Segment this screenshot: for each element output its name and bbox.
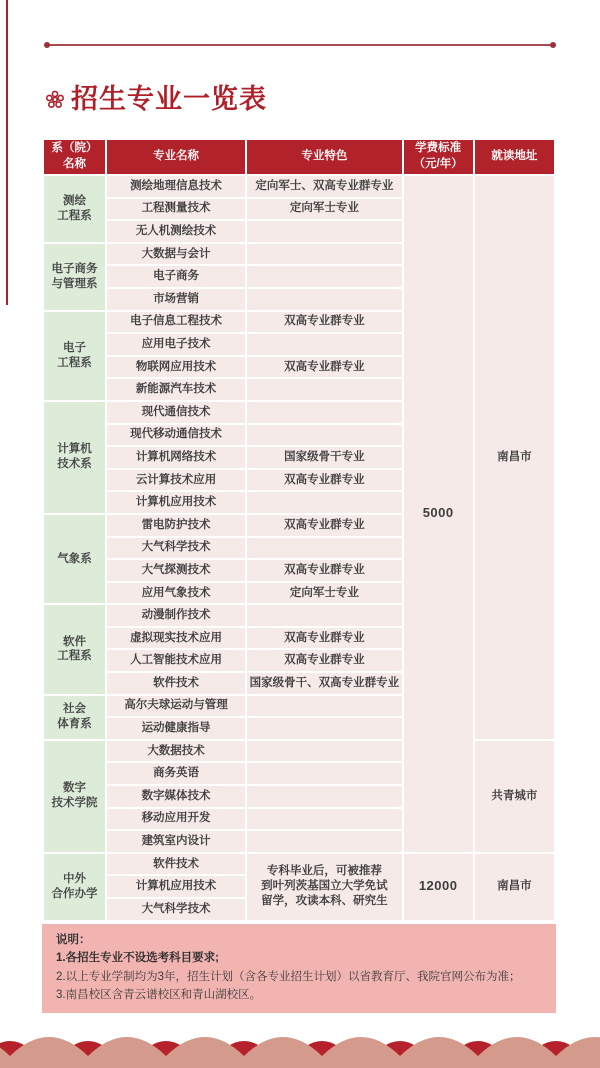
- department-cell: 气象系: [44, 515, 105, 603]
- major-cell: 大气科学技术: [107, 899, 245, 920]
- table-row: 中外 合作办学软件技术专科毕业后，可被推荐 到叶列茨基国立大学免试 留学，攻读本…: [44, 854, 554, 875]
- feature-cell: [247, 334, 401, 355]
- feature-cell: [247, 221, 401, 242]
- major-cell: 建筑室内设计: [107, 831, 245, 852]
- page-title: 招生专业一览表: [71, 86, 267, 113]
- major-cell: 应用电子技术: [107, 334, 245, 355]
- feature-cell: 双高专业群专业: [247, 628, 401, 649]
- major-cell: 无人机测绘技术: [107, 221, 245, 242]
- table-header-row: 系（院） 名称专业名称专业特色学费标准 （元/年）就读地址: [44, 140, 554, 174]
- major-cell: 物联网应用技术: [107, 357, 245, 378]
- major-cell: 虚拟现实技术应用: [107, 628, 245, 649]
- column-header-4: 就读地址: [475, 140, 554, 174]
- tuition-cell: 5000: [404, 176, 473, 852]
- major-cell: 大数据与会计: [107, 244, 245, 265]
- feature-cell: 国家级骨干专业: [247, 447, 401, 468]
- majors-table: 系（院） 名称专业名称专业特色学费标准 （元/年）就读地址 测绘 工程系测绘地理…: [42, 138, 556, 922]
- left-border-line: [6, 0, 8, 305]
- column-header-0: 系（院） 名称: [44, 140, 105, 174]
- major-cell: 现代通信技术: [107, 402, 245, 423]
- major-cell: 计算机应用技术: [107, 876, 245, 897]
- address-cell: 共青城市: [475, 741, 554, 852]
- feature-cell: [247, 492, 401, 513]
- feature-cell: [247, 605, 401, 626]
- major-cell: 高尔夫球运动与管理: [107, 696, 245, 717]
- major-cell: 雷电防护技术: [107, 515, 245, 536]
- major-cell: 数字媒体技术: [107, 786, 245, 807]
- major-cell: 大气科学技术: [107, 538, 245, 559]
- column-header-3: 学费标准 （元/年）: [404, 140, 473, 174]
- feature-cell: [247, 379, 401, 400]
- note-item: 1.各招生专业不设选考科目要求;: [56, 949, 542, 967]
- feature-cell: [247, 718, 401, 739]
- feature-cell: [247, 425, 401, 446]
- feature-cell: [247, 402, 401, 423]
- feature-cell: 双高专业群专业: [247, 515, 401, 536]
- divider-dot-right: [550, 42, 556, 48]
- feature-cell: 定向军士专业: [247, 583, 401, 604]
- major-cell: 电子商务: [107, 266, 245, 287]
- feature-cell: [247, 763, 401, 784]
- poster-page: { "page": { "title": "招生专业一览表" }, "color…: [0, 0, 600, 1068]
- bottom-wave-decoration: [0, 1008, 600, 1068]
- feature-cell: [247, 786, 401, 807]
- feature-cell: [247, 696, 401, 717]
- feature-cell: [247, 831, 401, 852]
- feature-cell: [247, 809, 401, 830]
- note-item: 3.南昌校区含青云谱校区和青山湖校区。: [56, 986, 542, 1004]
- note-item: 2.以上专业学制均为3年，招生计划（含各专业招生计划）以省教育厅、我院官网公布为…: [56, 968, 542, 986]
- notes-label: 说明：: [56, 931, 542, 949]
- feature-cell: [247, 538, 401, 559]
- feature-cell: 国家级骨干、双高专业群专业: [247, 673, 401, 694]
- major-cell: 云计算技术应用: [107, 470, 245, 491]
- department-cell: 中外 合作办学: [44, 854, 105, 920]
- major-cell: 工程测量技术: [107, 199, 245, 220]
- major-cell: 计算机网络技术: [107, 447, 245, 468]
- major-cell: 计算机应用技术: [107, 492, 245, 513]
- title-row: 招生专业一览表: [44, 86, 267, 113]
- divider-dot-left: [44, 42, 50, 48]
- major-cell: 电子信息工程技术: [107, 312, 245, 333]
- major-cell: 运动健康指导: [107, 718, 245, 739]
- feature-cell: [247, 289, 401, 310]
- major-cell: 现代移动通信技术: [107, 425, 245, 446]
- majors-table-wrap: 系（院） 名称专业名称专业特色学费标准 （元/年）就读地址 测绘 工程系测绘地理…: [42, 138, 556, 922]
- major-cell: 动漫制作技术: [107, 605, 245, 626]
- table-row: 测绘 工程系测绘地理信息技术定向军士、双高专业群专业5000南昌市: [44, 176, 554, 197]
- major-cell: 软件技术: [107, 854, 245, 875]
- major-cell: 大气探测技术: [107, 560, 245, 581]
- top-divider-line: [46, 44, 554, 46]
- feature-cell: 专科毕业后，可被推荐 到叶列茨基国立大学免试 留学，攻读本科、研究生: [247, 854, 401, 920]
- feature-cell: 定向军士专业: [247, 199, 401, 220]
- tuition-cell: 12000: [404, 854, 473, 920]
- major-cell: 应用气象技术: [107, 583, 245, 604]
- feature-cell: 双高专业群专业: [247, 357, 401, 378]
- department-cell: 数字 技术学院: [44, 741, 105, 852]
- column-header-1: 专业名称: [107, 140, 245, 174]
- major-cell: 商务英语: [107, 763, 245, 784]
- table-row: 数字 技术学院大数据技术共青城市: [44, 741, 554, 762]
- feature-cell: 双高专业群专业: [247, 650, 401, 671]
- department-cell: 社会 体育系: [44, 696, 105, 739]
- major-cell: 新能源汽车技术: [107, 379, 245, 400]
- feature-cell: 定向军士、双高专业群专业: [247, 176, 401, 197]
- notes-box: 说明： 1.各招生专业不设选考科目要求;2.以上专业学制均为3年，招生计划（含各…: [42, 924, 556, 1013]
- department-cell: 软件 工程系: [44, 605, 105, 693]
- major-cell: 人工智能技术应用: [107, 650, 245, 671]
- column-header-2: 专业特色: [247, 140, 401, 174]
- department-cell: 电子商务 与管理系: [44, 244, 105, 310]
- feature-cell: 双高专业群专业: [247, 312, 401, 333]
- feature-cell: [247, 266, 401, 287]
- address-cell: 南昌市: [475, 176, 554, 739]
- feature-cell: [247, 244, 401, 265]
- major-cell: 软件技术: [107, 673, 245, 694]
- feature-cell: [247, 741, 401, 762]
- major-cell: 大数据技术: [107, 741, 245, 762]
- major-cell: 测绘地理信息技术: [107, 176, 245, 197]
- major-cell: 市场营销: [107, 289, 245, 310]
- department-cell: 电子 工程系: [44, 312, 105, 400]
- feature-cell: 双高专业群专业: [247, 560, 401, 581]
- department-cell: 计算机 技术系: [44, 402, 105, 513]
- major-cell: 移动应用开发: [107, 809, 245, 830]
- notes-items: 1.各招生专业不设选考科目要求;2.以上专业学制均为3年，招生计划（含各专业招生…: [56, 949, 542, 1004]
- flower-icon: [44, 89, 66, 111]
- address-cell: 南昌市: [475, 854, 554, 920]
- department-cell: 测绘 工程系: [44, 176, 105, 242]
- feature-cell: 双高专业群专业: [247, 470, 401, 491]
